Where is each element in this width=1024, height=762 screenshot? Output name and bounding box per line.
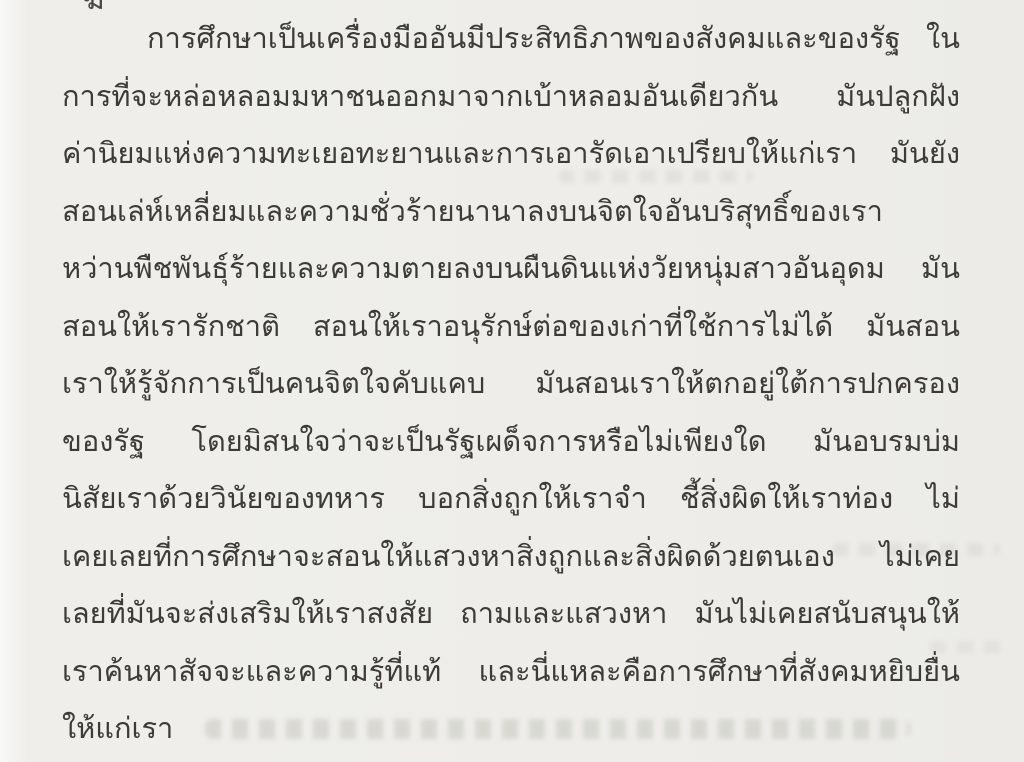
text-line: เราให้รู้จักการเป็นคนจิตใจคับแคบ มันสอนเ…: [62, 355, 960, 413]
cropped-glyph: ฆ: [82, 0, 104, 9]
text-line: หว่านพืชพันธุ์ร้ายและความตายลงบนผืนดินแห…: [62, 240, 960, 298]
text-line: การที่จะหล่อหลอมมหาชนออกมาจากเบ้าหลอมอัน…: [62, 68, 960, 126]
text-line: เคยเลยที่การศึกษาจะสอนให้แสวงหาสิ่งถูกแล…: [62, 528, 960, 586]
text-line: เราค้นหาสัจจะและความรู้ที่แท้ และนี่แหละ…: [62, 643, 960, 701]
text-line: ค่านิยมแห่งความทะเยอทะยานและการเอารัดเอา…: [62, 125, 960, 183]
scanned-page: ฆ การศึกษาเป็นเครื่องมืออันมีประสิทธิภาพ…: [0, 0, 1024, 762]
cropped-text-fragment: ฆ: [82, 0, 122, 9]
text-line: เลยที่มันจะส่งเสริมให้เราสงสัย ถามและแสว…: [62, 585, 960, 643]
paragraph: การศึกษาเป็นเครื่องมืออันมีประสิทธิภาพขอ…: [62, 10, 960, 758]
text-line: สอนให้เรารักชาติ สอนให้เราอนุรักษ์ต่อของ…: [62, 298, 960, 356]
text-line: ของรัฐ โดยมิสนใจว่าจะเป็นรัฐเผด็จการหรือ…: [62, 413, 960, 471]
text-line: การศึกษาเป็นเครื่องมืออันมีประสิทธิภาพขอ…: [62, 10, 960, 68]
text-line: ให้แก่เรา: [62, 700, 960, 758]
text-line: สอนเล่ห์เหลี่ยมและความชั่วร้ายนานาลงบนจิ…: [62, 183, 960, 241]
text-line: นิสัยเราด้วยวินัยของทหาร บอกสิ่งถูกให้เร…: [62, 470, 960, 528]
